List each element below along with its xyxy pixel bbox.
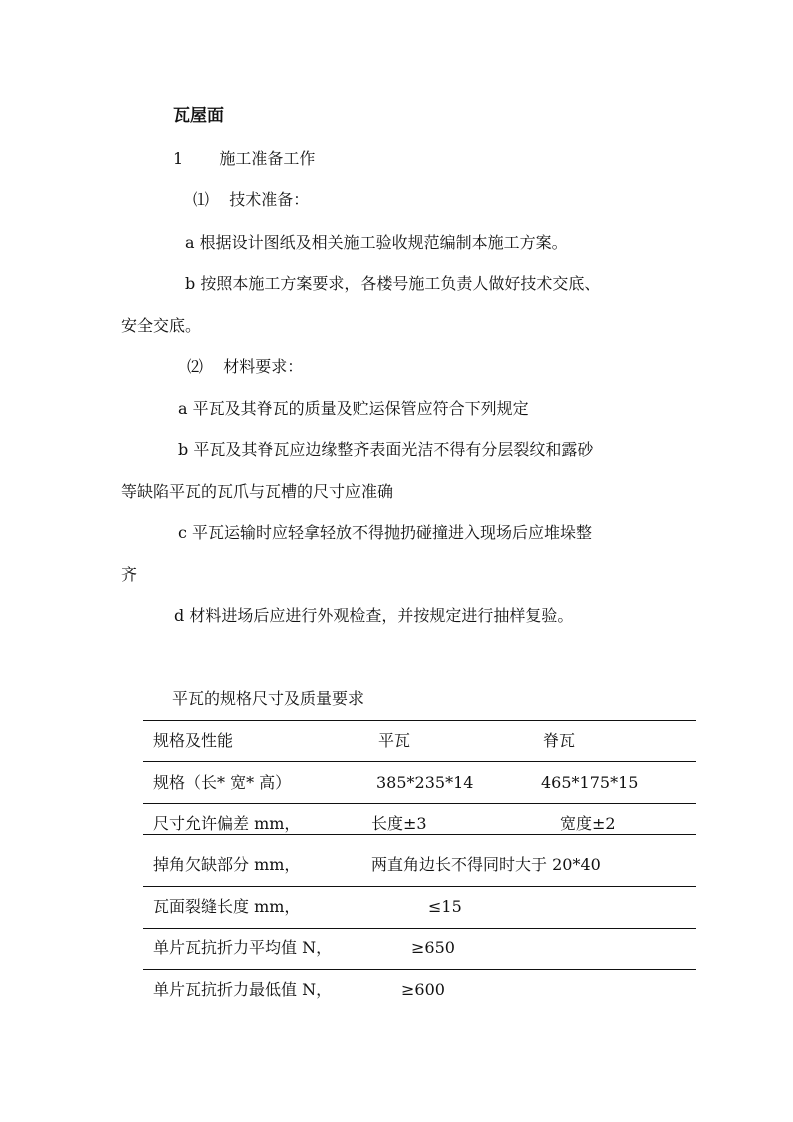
table-cell: 单片瓦抗折力最低值 N， (153, 980, 332, 1000)
subsection-title: 技术准备： (229, 190, 309, 209)
table-cell: 尺寸允许偏差 mm， (153, 814, 300, 834)
tech-item-b-line2: 安全交底。 (121, 316, 201, 336)
tech-item-b-line1: b 按照本施工方案要求，各楼号施工负责人做好技术交底、 (185, 274, 600, 294)
table-header-cell: 规格及性能 (153, 731, 233, 751)
subsection-title: 材料要求： (223, 357, 303, 376)
material-item-b-line1: b 平瓦及其脊瓦应边缘整齐表面光洁不得有分层裂纹和露砂 (178, 440, 593, 460)
material-item-d: d 材料进场后应进行外观检查，并按规定进行抽样复验。 (174, 606, 573, 626)
table-rule (143, 928, 696, 929)
material-item-a: a 平瓦及其脊瓦的质量及贮运保管应符合下列规定 (178, 399, 529, 419)
table-cell: 385*235*14 (376, 773, 473, 793)
table-cell: 长度±3 (371, 814, 427, 834)
table-cell: ≥600 (401, 980, 445, 1000)
subsection-1-heading: ⑴ 技术准备： (193, 190, 309, 210)
subsection-marker: ⑵ (187, 357, 203, 376)
subsection-2-heading: ⑵ 材料要求： (187, 357, 303, 377)
table-rule (143, 969, 696, 970)
section-number: 1 (173, 149, 183, 168)
table-rule (143, 761, 696, 762)
tech-item-a: a 根据设计图纸及相关施工验收规范编制本施工方案。 (185, 233, 568, 253)
table-cell: 宽度±2 (560, 814, 616, 834)
table-rule (143, 834, 696, 835)
material-item-b-line2: 等缺陷平瓦的瓦爪与瓦槽的尺寸应准确 (121, 482, 393, 502)
document-title: 瓦屋面 (173, 106, 224, 126)
table-cell: 两直角边长不得同时大于 20*40 (371, 855, 601, 875)
table-header-cell: 脊瓦 (543, 731, 575, 751)
table-caption: 平瓦的规格尺寸及质量要求 (172, 689, 364, 709)
table-cell: 掉角欠缺部分 mm， (153, 855, 300, 875)
section-1-heading: 1 施工准备工作 (173, 149, 315, 169)
table-cell: ≥650 (411, 938, 455, 958)
table-cell: 规格（长* 宽* 高） (153, 773, 291, 793)
table-cell: 瓦面裂缝长度 mm， (153, 897, 300, 917)
subsection-marker: ⑴ (193, 190, 209, 209)
material-item-c-line1: c 平瓦运输时应轻拿轻放不得抛扔碰撞进入现场后应堆垛整 (178, 523, 592, 543)
table-cell: 单片瓦抗折力平均值 N， (153, 938, 332, 958)
table-header-cell: 平瓦 (378, 731, 410, 751)
table-cell: ≤15 (428, 897, 462, 917)
section-title: 施工准备工作 (219, 149, 315, 168)
table-rule (143, 720, 696, 721)
table-rule (143, 886, 696, 887)
table-rule (143, 803, 696, 804)
material-item-c-line2: 齐 (121, 565, 137, 585)
table-cell: 465*175*15 (541, 773, 638, 793)
